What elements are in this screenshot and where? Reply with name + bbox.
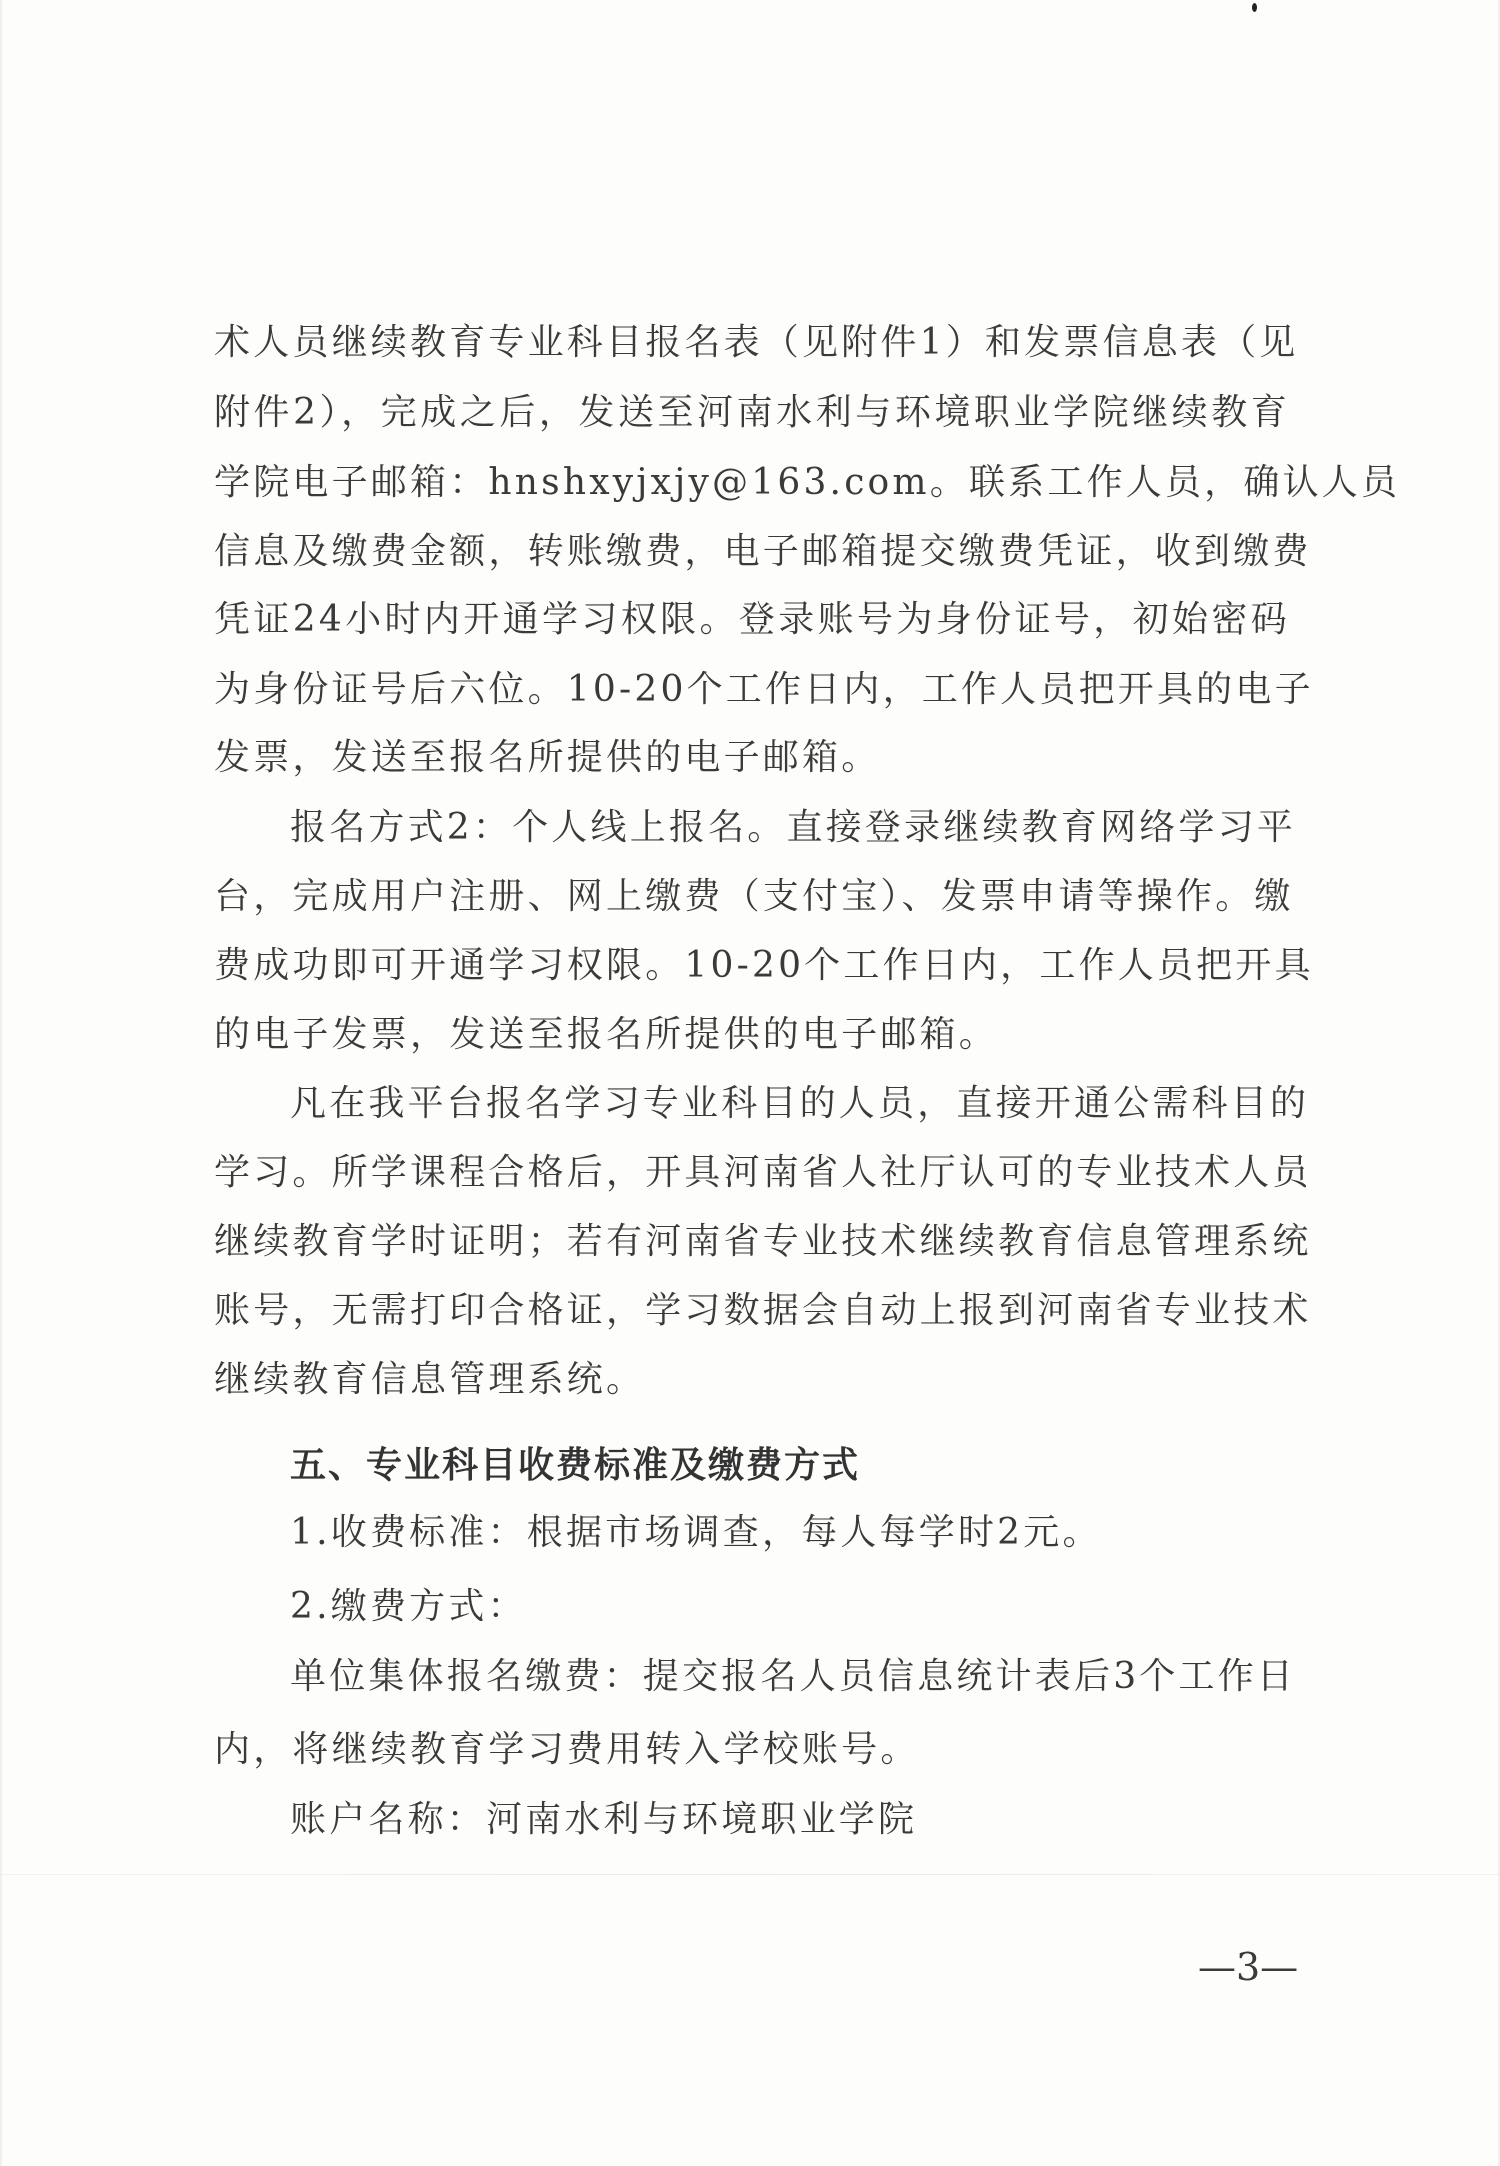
paragraph-1-line-7: 发票，发送至报名所提供的电子邮箱。 [214,730,1290,786]
group-payment-line-1: 单位集体报名缴费：提交报名人员信息统计表后3个工作日 [290,1649,1290,1705]
document-page: 术人员继续教育专业科目报名表（见附件1）和发票信息表（见 附件2），完成之后，发… [0,0,1500,2166]
paragraph-3-line-3: 继续教育学时证明；若有河南省专业技术继续教育信息管理系统 [214,1214,1290,1270]
paragraph-1-line-1: 术人员继续教育专业科目报名表（见附件1）和发票信息表（见 [214,315,1290,371]
section-heading: 五、专业科目收费标准及缴费方式 [290,1438,1290,1494]
paragraph-2-line-4: 的电子发票，发送至报名所提供的电子邮箱。 [214,1007,1290,1063]
group-payment-line-2: 内，将继续教育学习费用转入学校账号。 [214,1722,1290,1778]
paragraph-1-line-3-email: 学院电子邮箱：hnshxyjxjy@163.com。联系工作人员，确认人员 [214,455,1290,511]
paragraph-2-line-3: 费成功即可开通学习权限。10-20个工作日内，工作人员把开具 [214,938,1290,994]
payment-method-label: 2.缴费方式： [290,1579,1290,1635]
paragraph-2-line-1: 报名方式2：个人线上报名。直接登录继续教育网络学习平 [290,800,1290,856]
fee-standard: 1.收费标准：根据市场调查，每人每学时2元。 [290,1505,1290,1561]
account-name: 账户名称：河南水利与环境职业学院 [290,1792,1290,1848]
paragraph-3-line-5: 继续教育信息管理系统。 [214,1352,1290,1408]
paragraph-3-line-2: 学习。所学课程合格后，开具河南省人社厅认可的专业技术人员 [214,1145,1290,1201]
paragraph-3-line-4: 账号，无需打印合格证，学习数据会自动上报到河南省专业技术 [214,1283,1290,1339]
scan-edge-left [0,0,2,2166]
paragraph-2-line-2: 台，完成用户注册、网上缴费（支付宝）、发票申请等操作。缴 [214,869,1290,925]
scan-speck [1252,3,1257,12]
paragraph-1-line-4: 信息及缴费金额，转账缴费，电子邮箱提交缴费凭证，收到缴费 [214,524,1290,580]
paragraph-1-line-6: 为身份证号后六位。10-20个工作日内，工作人员把开具的电子 [214,662,1290,718]
paragraph-3-line-1: 凡在我平台报名学习专业科目的人员，直接开通公需科目的 [290,1076,1290,1132]
page-number: —3— [1198,1942,1298,1992]
scan-artifact-line [0,1874,1500,1875]
paragraph-1-line-2: 附件2），完成之后，发送至河南水利与环境职业学院继续教育 [214,385,1290,441]
paragraph-1-line-5: 凭证24小时内开通学习权限。登录账号为身份证号，初始密码 [214,592,1290,648]
